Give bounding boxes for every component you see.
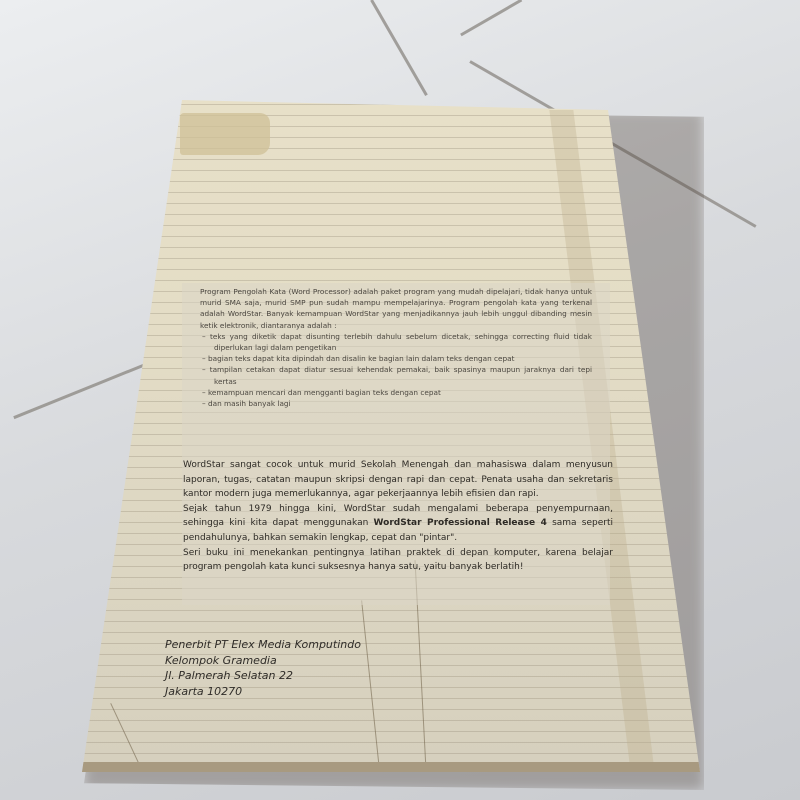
main-description: WordStar sangat cocok untuk murid Sekola… (183, 458, 613, 575)
bullet-item: – tampilan cetakan dapat diatur sesuai k… (200, 364, 592, 386)
publisher-street: Jl. Palmerah Selatan 22 (165, 668, 361, 684)
publisher-name: Penerbit PT Elex Media Komputindo (165, 637, 361, 653)
publisher-city: Jakarta 10270 (165, 684, 361, 700)
bullet-item: – kemampuan mencari dan mengganti bagian… (200, 387, 592, 398)
stain (180, 113, 270, 155)
publisher-address: Penerbit PT Elex Media Komputindo Kelomp… (165, 637, 361, 699)
bullet-item: – teks yang diketik dapat disunting terl… (200, 331, 592, 353)
paragraph-history: Sejak tahun 1979 hingga kini, WordStar s… (183, 502, 613, 546)
bullet-item: – dan masih banyak lagi (200, 398, 592, 409)
blurb-intro: Program Pengolah Kata (Word Processor) a… (200, 286, 592, 331)
blurb-section: Program Pengolah Kata (Word Processor) a… (200, 286, 592, 409)
product-name: WordStar Professional Release 4 (374, 518, 547, 528)
bullet-item: – bagian teks dapat kita dipindah dan di… (200, 353, 592, 364)
publisher-group: Kelompok Gramedia (165, 653, 361, 669)
paragraph-practice: Seri buku ini menekankan pentingnya lati… (183, 546, 613, 575)
paragraph-audience: WordStar sangat cocok untuk murid Sekola… (183, 458, 613, 502)
